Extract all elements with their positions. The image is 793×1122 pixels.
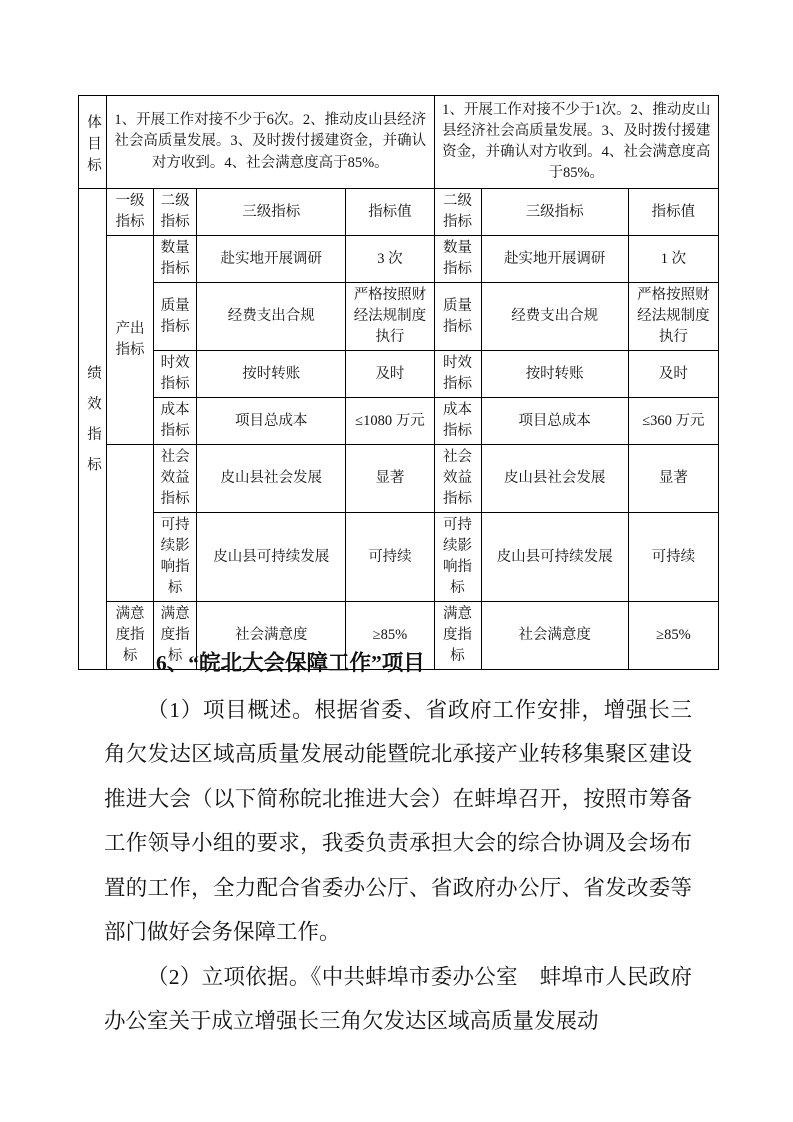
- overall-goal-side-label: 体目标: [79, 96, 107, 189]
- indicator-level2-right: 社会效益指标: [434, 445, 481, 513]
- indicator-level3: 赴实地开展调研: [197, 236, 346, 283]
- header-level3: 三级指标: [197, 189, 346, 236]
- table-row: 质量指标 经费支出合规 严格按照财经法规制度执行 质量指标 经费支出合规 严格按…: [79, 283, 719, 351]
- indicator-level2-right: 成本指标: [434, 398, 481, 445]
- indicator-level2-right: 时效指标: [434, 351, 481, 398]
- table-row: 成本指标 项目总成本 ≤1080 万元 成本指标 项目总成本 ≤360 万元: [79, 398, 719, 445]
- document-page: 体目标 1、开展工作对接不少于6次。2、推动皮山县经济社会高质量发展。3、及时拨…: [0, 0, 793, 1122]
- indicator-level3-right: 按时转账: [481, 351, 628, 398]
- header-value-right: 指标值: [628, 189, 718, 236]
- indicator-level3: 按时转账: [197, 351, 346, 398]
- document-body: 6、“皖北大会保障工作”项目 （1）项目概述。根据省委、省政府工作安排，增强长三…: [104, 641, 692, 1044]
- indicator-value: ≤1080 万元: [346, 398, 434, 445]
- indicator-level3-right: 皮山县可持续发展: [481, 513, 628, 602]
- perf-indicator-side-label: 绩效指标: [79, 189, 107, 670]
- overall-goal-side-label-text: 体目标: [82, 106, 103, 179]
- indicator-value-right: 1 次: [628, 236, 718, 283]
- indicator-level3-right: 赴实地开展调研: [481, 236, 628, 283]
- indicator-value: 严格按照财经法规制度执行: [346, 283, 434, 351]
- indicator-level3: 经费支出合规: [197, 283, 346, 351]
- indicator-value-right: 及时: [628, 351, 718, 398]
- table-row: 体目标 1、开展工作对接不少于6次。2、推动皮山县经济社会高质量发展。3、及时拨…: [79, 96, 719, 189]
- indicator-value-right: 显著: [628, 445, 718, 513]
- indicator-level2: 质量指标: [154, 283, 197, 351]
- indicator-level2-right: 质量指标: [434, 283, 481, 351]
- indicator-level3-right: 项目总成本: [481, 398, 628, 445]
- indicator-level3-right: 皮山县社会发展: [481, 445, 628, 513]
- overall-goal-left-cell: 1、开展工作对接不少于6次。2、推动皮山县经济社会高质量发展。3、及时拨付援建资…: [107, 96, 434, 189]
- header-level2-right: 二级指标: [434, 189, 481, 236]
- indicator-level3: 项目总成本: [197, 398, 346, 445]
- indicator-value: 及时: [346, 351, 434, 398]
- indicator-level2-right: 数量指标: [434, 236, 481, 283]
- group-benefit-indicator: [107, 445, 154, 602]
- indicator-level2: 可持续影响指标: [154, 513, 197, 602]
- indicator-value-right: 可持续: [628, 513, 718, 602]
- indicator-value-right: 严格按照财经法规制度执行: [628, 283, 718, 351]
- indicator-value: 显著: [346, 445, 434, 513]
- performance-indicator-table: 体目标 1、开展工作对接不少于6次。2、推动皮山县经济社会高质量发展。3、及时拨…: [78, 95, 719, 670]
- table-row: 时效指标 按时转账 及时 时效指标 按时转账 及时: [79, 351, 719, 398]
- overall-goal-right-cell: 1、开展工作对接不少于1次。2、推动皮山县经济社会高质量发展。3、及时拨付援建资…: [434, 96, 718, 189]
- indicator-level2: 成本指标: [154, 398, 197, 445]
- indicator-level2-right: 可持续影响指标: [434, 513, 481, 602]
- indicator-value: 可持续: [346, 513, 434, 602]
- header-level3-right: 三级指标: [481, 189, 628, 236]
- perf-indicator-side-label-text: 绩效指标: [82, 365, 103, 487]
- paragraph-project-overview: （1）项目概述。根据省委、省政府工作安排，增强长三角欠发达区域高质量发展动能暨皖…: [104, 688, 692, 955]
- indicator-level3: 皮山县可持续发展: [197, 513, 346, 602]
- section-heading: 6、“皖北大会保障工作”项目: [104, 641, 692, 686]
- indicator-value-right: ≤360 万元: [628, 398, 718, 445]
- paragraph-project-basis: （2）立项依据。《中共蚌埠市委办公室 蚌埠市人民政府办公室关于成立增强长三角欠发…: [104, 955, 692, 1044]
- header-level2: 二级指标: [154, 189, 197, 236]
- indicator-level2: 时效指标: [154, 351, 197, 398]
- table-row: 可持续影响指标 皮山县可持续发展 可持续 可持续影响指标 皮山县可持续发展 可持…: [79, 513, 719, 602]
- table-row: 社会效益指标 皮山县社会发展 显著 社会效益指标 皮山县社会发展 显著: [79, 445, 719, 513]
- table-row: 产出指标 数量指标 赴实地开展调研 3 次 数量指标 赴实地开展调研 1 次: [79, 236, 719, 283]
- indicator-value: 3 次: [346, 236, 434, 283]
- header-value: 指标值: [346, 189, 434, 236]
- indicator-level3-right: 经费支出合规: [481, 283, 628, 351]
- header-level1: 一级指标: [107, 189, 154, 236]
- group-output-indicator: 产出指标: [107, 236, 154, 445]
- indicator-level2: 社会效益指标: [154, 445, 197, 513]
- indicator-level3: 皮山县社会发展: [197, 445, 346, 513]
- table-header-row: 绩效指标 一级指标 二级指标 三级指标 指标值 二级指标 三级指标 指标值: [79, 189, 719, 236]
- indicator-level2: 数量指标: [154, 236, 197, 283]
